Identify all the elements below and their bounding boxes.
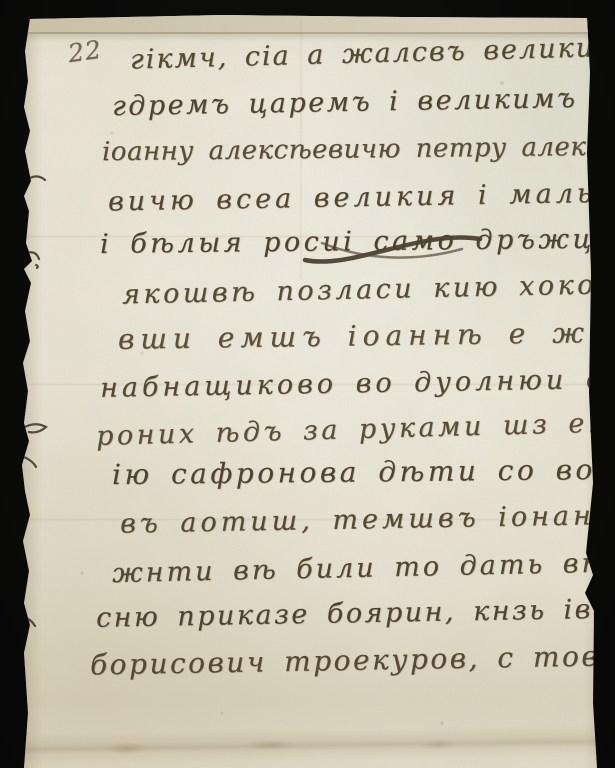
text-line: якошвѣ позласи кию хокоти: [122, 271, 615, 309]
text-line: набнащиково во дуолнюи ста: [100, 365, 615, 402]
text-line: іоанну алексѣевичю петру алексѣевичю: [102, 133, 615, 165]
edge-ink-marks: [23, 176, 46, 626]
text-line: сню приказе боярин, кнзь іван,: [96, 595, 615, 632]
paper-top-fold: [22, 13, 600, 34]
photo-background: 22 гікмч, сіа а жалсвъ великихъ гдремъ ц…: [0, 0, 615, 768]
bottom-fold-crease: [22, 725, 600, 765]
text-line: роних ѣдъ за руками шз ени: [96, 409, 615, 450]
text-line: гікмч, сіа а жалсвъ великихъ: [130, 33, 615, 73]
text-line: гдремъ царемъ і великимъ кнзем: [112, 83, 615, 120]
text-line: вичю всеа великия і малыя: [108, 179, 615, 215]
text-line: вши емшъ іоаннѣ е жкть: [118, 318, 615, 354]
text-line: въ аотиш, темшвъ іонаноск: [120, 501, 615, 537]
manuscript-page: 22 гікмч, сіа а жалсвъ великихъ гдремъ ц…: [22, 13, 600, 768]
page-number: 22: [66, 35, 104, 68]
text-line: борисович троекуров, с товарыщи: [90, 641, 615, 680]
text-line: ію сафронова дѣти со вос ноір: [112, 455, 615, 489]
text-line: і бѣлыя росиі само дръжцемъ: [100, 225, 615, 258]
text-line: жнти вѣ били то дать вѣб лѣ: [112, 548, 615, 587]
